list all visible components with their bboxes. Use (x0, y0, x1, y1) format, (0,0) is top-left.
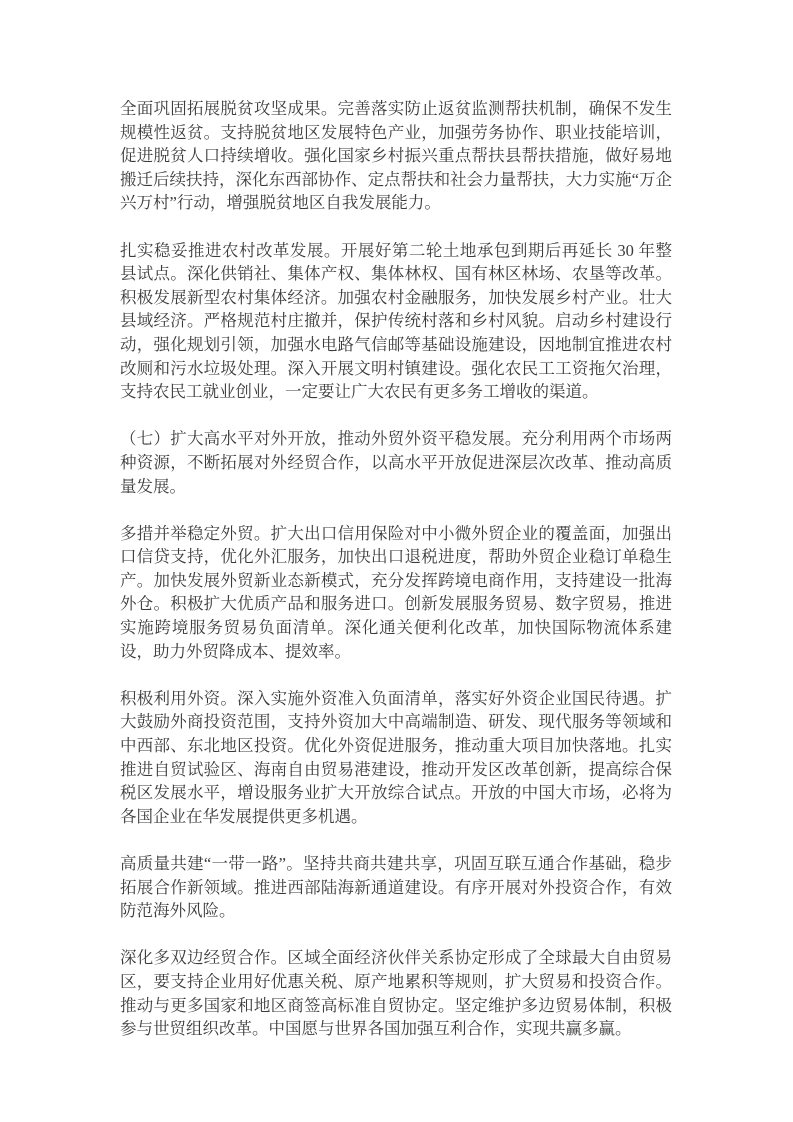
paragraph-belt-and-road: 高质量共建“一带一路”。坚持共商共建共享，巩固互联互通合作基础，稳步拓展合作新领… (120, 852, 672, 923)
paragraph-multilateral-trade: 深化多双边经贸合作。区域全面经济伙伴关系协定形成了全球最大自由贸易区，要支持企业… (120, 946, 672, 1040)
paragraph-poverty-alleviation: 全面巩固拓展脱贫攻坚成果。完善落实防止返贫监测帮扶机制，确保不发生规模性返贫。支… (120, 97, 672, 215)
paragraph-rural-reform: 扎实稳妥推进农村改革发展。开展好第二轮土地承包到期后再延长 30 年整县试点。深… (120, 239, 672, 404)
paragraph-section-seven-heading: （七）扩大高水平对外开放，推动外贸外资平稳发展。充分利用两个市场两种资源，不断拓… (120, 427, 672, 498)
document-page: 全面巩固拓展脱贫攻坚成果。完善落实防止返贫监测帮扶机制，确保不发生规模性返贫。支… (0, 0, 793, 1122)
paragraph-foreign-investment: 积极利用外资。深入实施外资准入负面清单，落实好外资企业国民待遇。扩大鼓励外商投资… (120, 687, 672, 829)
paragraph-stabilize-foreign-trade: 多措并举稳定外贸。扩大出口信用保险对中小微外贸企业的覆盖面，加强出口信贷支持，优… (120, 522, 672, 664)
